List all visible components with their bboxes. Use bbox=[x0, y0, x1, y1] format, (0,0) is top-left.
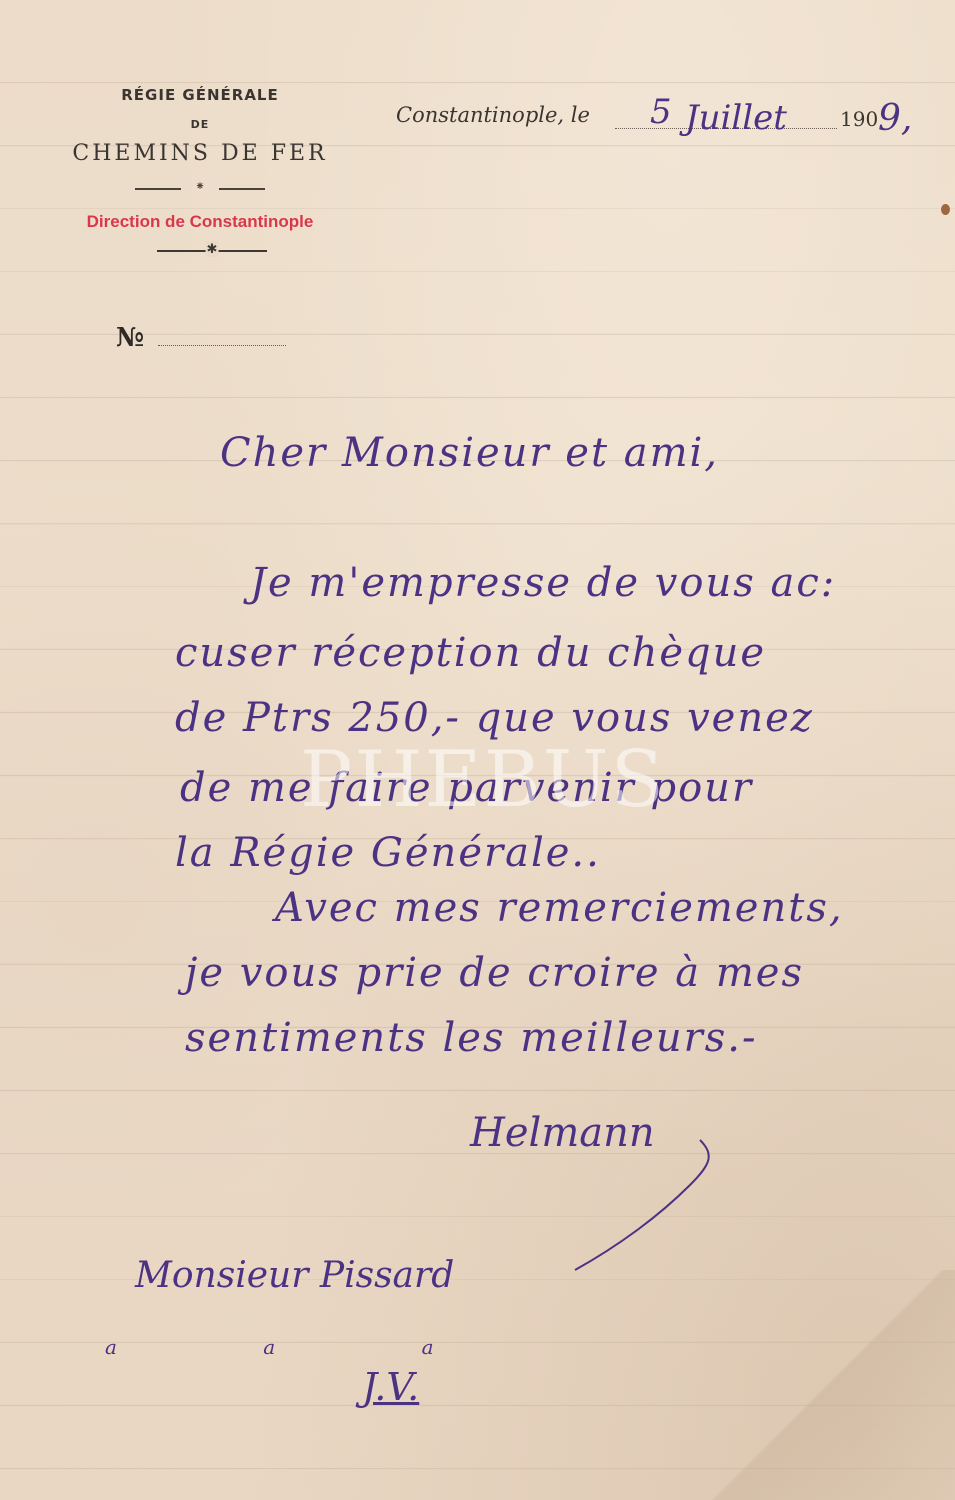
date-month: Juillet bbox=[685, 98, 787, 138]
body-line: la Régie Générale.. bbox=[175, 830, 601, 876]
body-line: Avec mes remerciements, bbox=[275, 885, 844, 931]
date-year-digit: 9, bbox=[878, 98, 912, 139]
watermark: PHEBUS bbox=[300, 735, 666, 825]
letterhead-title: RÉGIE GÉNÉRALE bbox=[20, 86, 380, 104]
ditto-marks: a a a bbox=[105, 1335, 504, 1359]
number-label: № bbox=[116, 323, 144, 353]
addressee: Monsieur Pissard bbox=[135, 1255, 454, 1296]
letterhead-direction: Direction de Constantinople bbox=[20, 212, 380, 232]
body-line: Je m'empresse de vous ac: bbox=[250, 560, 836, 606]
ornament-divider-2: ✱ bbox=[157, 246, 267, 256]
initials: J.V. bbox=[362, 1365, 419, 1409]
dateline-year-printed: 190 bbox=[840, 107, 878, 131]
ink-stain bbox=[941, 204, 950, 215]
number-field-line bbox=[158, 345, 286, 346]
star-ornament-icon: ✱ bbox=[206, 241, 219, 257]
ornament-divider: ⁕ bbox=[135, 184, 265, 194]
signature-flourish-icon bbox=[540, 1135, 720, 1275]
body-line: cuser réception du chèque bbox=[175, 630, 766, 676]
letterhead-subtitle: CHEMINS DE FER bbox=[20, 141, 380, 166]
ornament-icon: ⁕ bbox=[195, 179, 205, 193]
dateline-place: Constantinople, le bbox=[396, 103, 590, 127]
salutation: Cher Monsieur et ami, bbox=[220, 430, 719, 476]
body-line: sentiments les meilleurs.- bbox=[185, 1015, 758, 1061]
paper-fold-shadow bbox=[695, 1270, 955, 1500]
letterhead: RÉGIE GÉNÉRALE DE CHEMINS DE FER ⁕ Direc… bbox=[20, 80, 380, 256]
letterhead-de: DE bbox=[20, 118, 380, 131]
body-line: je vous prie de croire à mes bbox=[185, 950, 804, 996]
date-day: 5 bbox=[650, 92, 672, 132]
